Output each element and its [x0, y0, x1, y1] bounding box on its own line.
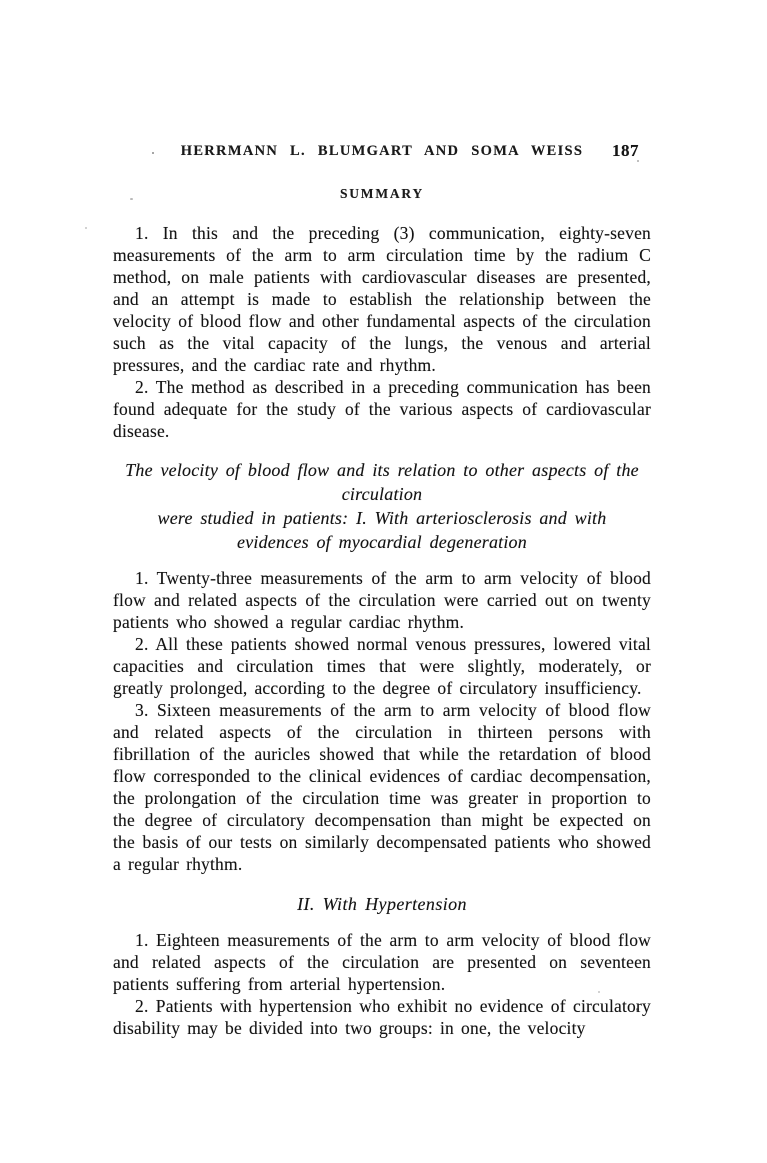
- hypertension-paragraph-2: 2. Patients with hypertension who exhibi…: [113, 995, 651, 1039]
- summary-paragraph-1: 1. In this and the preceding (3) communi…: [113, 222, 651, 376]
- arteriosclerosis-paragraph-1: 1. Twenty-three measurements of the arm …: [113, 567, 651, 633]
- scanned-paper-page: HERRMANN L. BLUMGART AND SOMA WEISS 187 …: [0, 0, 767, 1163]
- arteriosclerosis-heading-line-3: evidences of myocardial degeneration: [113, 530, 651, 554]
- scan-speck: [85, 227, 87, 229]
- arteriosclerosis-heading: The velocity of blood flow and its relat…: [113, 458, 651, 554]
- hypertension-paragraph-1: 1. Eighteen measurements of the arm to a…: [113, 929, 651, 995]
- arteriosclerosis-paragraph-2: 2. All these patients showed normal veno…: [113, 633, 651, 699]
- page-number: 187: [612, 141, 639, 161]
- arteriosclerosis-heading-line-1: The velocity of blood flow and its relat…: [113, 458, 651, 506]
- arteriosclerosis-heading-line-2: were studied in patients: I. With arteri…: [113, 506, 651, 530]
- arteriosclerosis-paragraph-3: 3. Sixteen measurements of the arm to ar…: [113, 699, 651, 875]
- summary-heading: SUMMARY: [113, 186, 651, 202]
- summary-paragraph-2: 2. The method as described in a precedin…: [113, 376, 651, 442]
- hypertension-heading: II. With Hypertension: [113, 892, 651, 916]
- page-header: HERRMANN L. BLUMGART AND SOMA WEISS 187: [113, 143, 651, 163]
- running-head: HERRMANN L. BLUMGART AND SOMA WEISS: [113, 143, 651, 160]
- text-column: HERRMANN L. BLUMGART AND SOMA WEISS 187 …: [113, 143, 651, 1039]
